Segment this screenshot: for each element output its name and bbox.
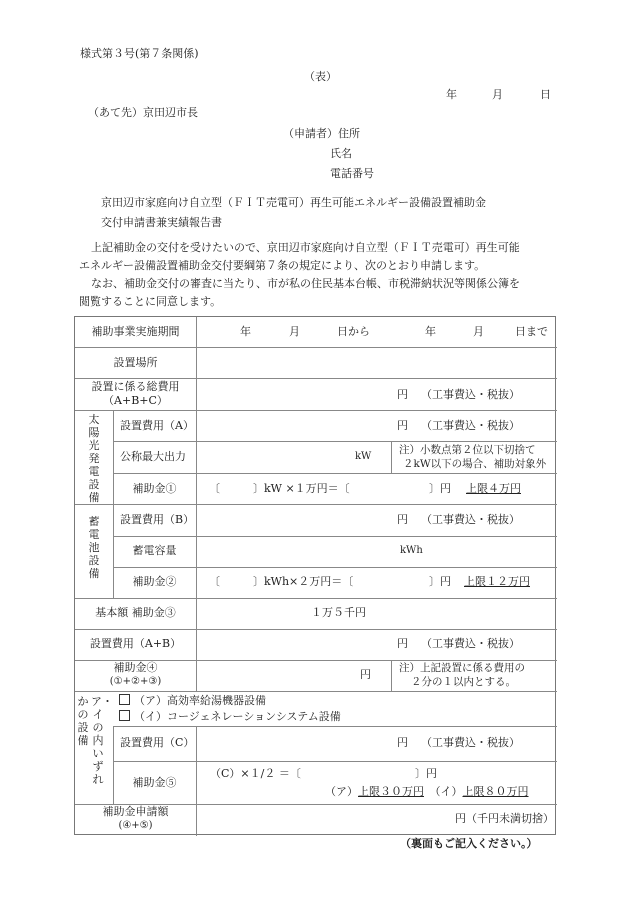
cost-ab-label: 設置費用（A+B） — [75, 637, 196, 651]
solar-subsidy-formula: 〔 〕kW ×１万円＝〔 — [209, 482, 350, 496]
period-input[interactable] — [197, 318, 556, 347]
option-b-label: （イ）コージェネレーションシステム設備 — [134, 710, 341, 723]
base-value: １万５千円 — [311, 606, 366, 620]
other-subsidy-label: 補助金⑤ — [113, 776, 196, 790]
battery-capacity-label: 蓄電容量 — [113, 544, 196, 558]
subsidy4-label-1: 補助金④ — [75, 661, 196, 675]
checkbox-icon — [119, 710, 130, 721]
body-p1-line2: エネルギー設備設置補助金交付要綱第７条の規定により、次のとおり申請します。 — [79, 259, 485, 273]
option-b-checkbox[interactable]: （イ）コージェネレーションシステム設備 — [119, 710, 341, 724]
solar-output-note-2: ２kW以下の場合、補助対象外 — [403, 457, 546, 471]
cost-ab-unit: 円 — [397, 637, 408, 651]
solar-cost-input[interactable] — [197, 411, 387, 441]
footer-note: （裏面もご記入ください。） — [400, 837, 538, 851]
battery-capacity-input[interactable] — [197, 537, 392, 567]
solar-output-unit: kW — [355, 450, 371, 464]
cost-ab-note: （工事費込・税抜） — [421, 637, 520, 651]
solar-cost-note: （工事費込・税抜） — [421, 419, 520, 433]
other-subsidy-limits: （ア）上限３０万円 （イ）上限８０万円 — [325, 785, 529, 799]
location-input[interactable] — [197, 348, 556, 378]
applicant-phone-label: 電話番号 — [330, 167, 374, 181]
solar-output-note-1: 注）小数点第２位以下切捨て — [399, 443, 536, 457]
date-month-label: 月 — [492, 88, 503, 102]
solar-subsidy-yen: 〕円 — [429, 482, 451, 496]
battery-subsidy-formula: 〔 〕kWh×２万円＝〔 — [209, 575, 353, 589]
request-label-1: 補助金申請額 — [75, 805, 196, 819]
solar-cost-unit: 円 — [397, 419, 408, 433]
other-cost-input[interactable] — [197, 727, 387, 761]
subsidy4-note-1: 注）上記設置に係る費用の — [399, 661, 525, 675]
solar-output-input[interactable] — [197, 442, 347, 473]
applicant-name-label: 氏名 — [330, 147, 352, 161]
battery-cost-label: 設置費用（B） — [120, 513, 194, 527]
solar-output-label: 公称最大出力 — [120, 450, 186, 464]
total-unit: 円 — [397, 388, 408, 402]
option-a-label: （ア）高効率給湯機器設備 — [134, 694, 266, 707]
total-note: （工事費込・税抜） — [421, 388, 520, 402]
subsidy4-unit: 円 — [360, 668, 371, 682]
body-p2-line1: なお、補助金交付の審査に当たり、市が私の住民基本台帳、市税滞納状況等関係公簿を — [91, 277, 520, 291]
subsidy4-input[interactable] — [197, 661, 352, 691]
battery-subsidy-yen: 〕円 — [429, 575, 451, 589]
cost-ab-input[interactable] — [197, 630, 387, 660]
request-input[interactable] — [197, 805, 447, 835]
battery-cost-input[interactable] — [197, 505, 387, 536]
application-table: 補助事業実施期間 年 月 日から 年 月 日まで 設置場所 設置に係る総費用 （… — [74, 316, 556, 835]
total-label-1: 設置に係る総費用 — [75, 380, 196, 394]
other-group-label-inner: ア・イの内いずれ — [91, 695, 105, 786]
base-label: 基本額 補助金③ — [75, 606, 196, 620]
total-input[interactable] — [197, 379, 387, 410]
addressee: （あて先）京田辺市長 — [88, 106, 198, 120]
subsidy4-label-2: (①+②+③) — [75, 675, 196, 689]
battery-capacity-unit: kWh — [400, 544, 423, 558]
request-unit: 円（千円未満切捨） — [455, 812, 554, 826]
request-label-2: (④+⑤) — [75, 819, 196, 833]
location-label: 設置場所 — [75, 356, 196, 370]
other-subsidy-yen: 〕円 — [415, 767, 437, 781]
battery-cost-unit: 円 — [397, 513, 408, 527]
date-day-label: 日 — [540, 88, 551, 102]
other-subsidy-formula: （C）×１/２ ＝〔 — [210, 767, 301, 781]
form-number: 様式第３号(第７条関係) — [80, 47, 199, 61]
option-a-checkbox[interactable]: （ア）高効率給湯機器設備 — [119, 694, 266, 708]
title-line1: 京田辺市家庭向け自立型（ＦＩＴ売電可）再生可能エネルギー設備設置補助金 — [101, 196, 486, 210]
body-p1-line1: 上記補助金の交付を受けたいので、京田辺市家庭向け自立型（ＦＩＴ売電可）再生可能 — [91, 241, 520, 255]
battery-cost-note: （工事費込・税抜） — [421, 513, 520, 527]
body-p2-line2: 閲覧することに同意します。 — [79, 295, 221, 309]
battery-subsidy-limit: 上限１２万円 — [464, 575, 530, 589]
battery-subsidy-label: 補助金② — [113, 575, 196, 589]
title-line2: 交付申請書兼実績報告書 — [101, 216, 222, 230]
solar-subsidy-limit: 上限４万円 — [466, 482, 521, 496]
total-label-2: （A+B+C） — [75, 394, 196, 408]
solar-group-label: 太陽光発電設備 — [87, 413, 101, 504]
side-label: （表） — [304, 70, 337, 84]
subsidy4-note-2: ２分の１以内とする。 — [411, 675, 516, 689]
other-cost-unit: 円 — [397, 736, 408, 750]
checkbox-icon — [119, 694, 130, 705]
period-label: 補助事業実施期間 — [75, 325, 196, 339]
solar-subsidy-label: 補助金① — [113, 482, 196, 496]
other-cost-note: （工事費込・税抜） — [421, 736, 520, 750]
solar-cost-label: 設置費用（A） — [120, 419, 194, 433]
other-cost-label: 設置費用（C） — [120, 736, 194, 750]
battery-group-label: 蓄電池設備 — [87, 515, 101, 580]
applicant-address-label: （申請者）住所 — [283, 127, 360, 141]
other-group-label-outer: かの設備 — [76, 695, 90, 747]
date-year-label: 年 — [446, 88, 457, 102]
